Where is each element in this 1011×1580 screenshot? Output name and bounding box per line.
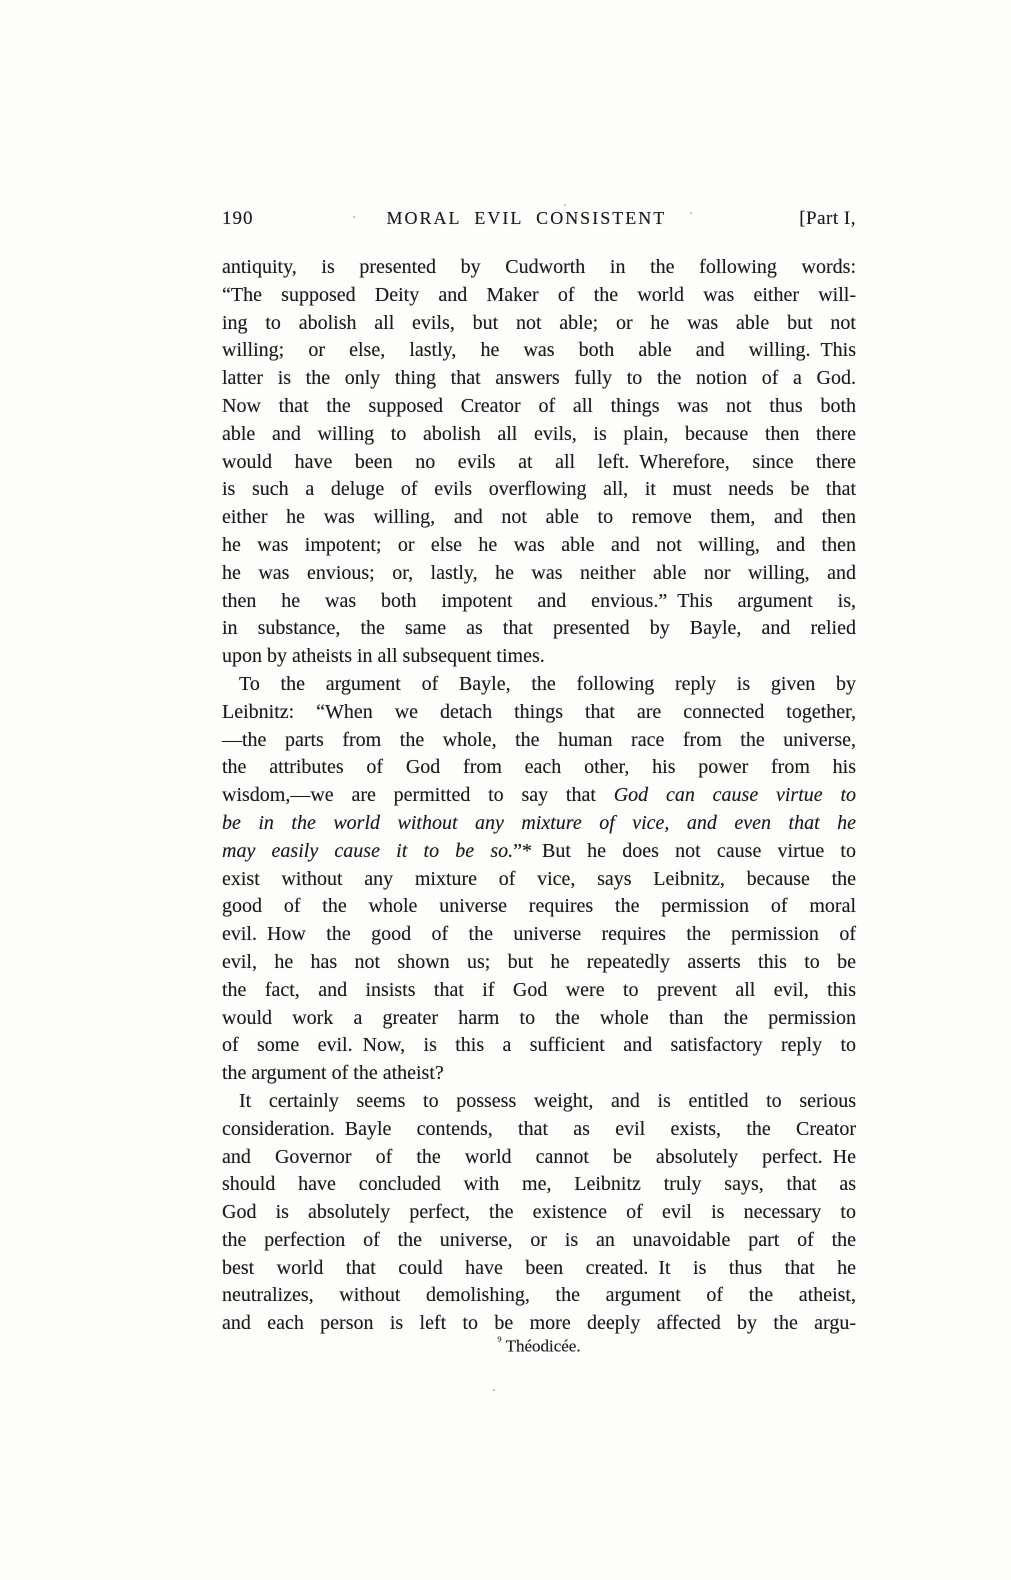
text-line: Now that the supposed Creator of all thi…	[222, 393, 856, 421]
book-page: 190 MORAL EVIL CONSISTENT [Part I, antiq…	[0, 0, 1011, 1580]
paragraph: antiquity, is presented by Cudworth in t…	[222, 254, 856, 671]
text-line: upon by atheists in all subsequent times…	[222, 643, 856, 671]
text-line: either he was willing, and not able to r…	[222, 504, 856, 532]
text-line: would work a greater harm to the whole t…	[222, 1005, 856, 1033]
text-line: ing to abolish all evils, but not able; …	[222, 310, 856, 338]
text-line: then he was both impotent and envious.” …	[222, 588, 856, 616]
text-line: evil. How the good of the universe requi…	[222, 921, 856, 949]
text-line: “The supposed Deity and Maker of the wor…	[222, 282, 856, 310]
page-body-text: antiquity, is presented by Cudworth in t…	[222, 254, 856, 1338]
text-line: he was impotent; or else he was able and…	[222, 532, 856, 560]
text-line: willing; or else, lastly, he was both ab…	[222, 337, 856, 365]
text-line: be in the world without any mixture of v…	[222, 810, 856, 838]
page-number: 190	[222, 208, 254, 230]
text-line: wisdom,—we are permitted to say that God…	[222, 782, 856, 810]
text-line: is such a deluge of evils overflowing al…	[222, 476, 856, 504]
paragraph: To the argument of Bayle, the following …	[222, 671, 856, 1088]
paragraph: It certainly seems to possess weight, an…	[222, 1088, 856, 1338]
text-line: he was envious; or, lastly, he was neith…	[222, 560, 856, 588]
text-line: the argument of the atheist?	[222, 1060, 856, 1088]
text-line: the attributes of God from each other, h…	[222, 754, 856, 782]
running-header: 190 MORAL EVIL CONSISTENT [Part I,	[222, 208, 856, 230]
text-line: neutralizes, without demolishing, the ar…	[222, 1282, 856, 1310]
text-line: may easily cause it to be so.”* But he d…	[222, 838, 856, 866]
text-line: God is absolutely perfect, the existence…	[222, 1199, 856, 1227]
text-line: latter is the only thing that answers fu…	[222, 365, 856, 393]
footnote-marker: ⁹	[497, 1334, 501, 1348]
text-line: able and willing to abolish all evils, i…	[222, 421, 856, 449]
text-line: —the parts from the whole, the human rac…	[222, 727, 856, 755]
scan-speck	[353, 216, 355, 218]
text-line: good of the whole universe requires the …	[222, 893, 856, 921]
text-line: consideration. Bayle contends, that as e…	[222, 1116, 856, 1144]
text-line: and Governor of the world cannot be abso…	[222, 1144, 856, 1172]
text-line: the perfection of the universe, or is an…	[222, 1227, 856, 1255]
text-line: best world that could have been created.…	[222, 1255, 856, 1283]
text-line: should have concluded with me, Leibnitz …	[222, 1171, 856, 1199]
footnote-text: Théodicée.	[506, 1337, 581, 1356]
text-line: would have been no evils at all left. Wh…	[222, 449, 856, 477]
text-line: evil, he has not shown us; but he repeat…	[222, 949, 856, 977]
text-line: To the argument of Bayle, the following …	[222, 671, 856, 699]
text-line: antiquity, is presented by Cudworth in t…	[222, 254, 856, 282]
text-line: Leibnitz: “When we detach things that ar…	[222, 699, 856, 727]
running-head-title: MORAL EVIL CONSISTENT	[254, 208, 800, 229]
part-label: [Part I,	[799, 208, 856, 230]
text-line: the fact, and insists that if God were t…	[222, 977, 856, 1005]
text-line: in substance, the same as that presented…	[222, 615, 856, 643]
text-line: exist without any mixture of vice, says …	[222, 866, 856, 894]
scan-speck	[690, 212, 692, 214]
text-line: of some evil. Now, is this a sufficient …	[222, 1032, 856, 1060]
scan-speck	[564, 204, 566, 206]
scan-speck	[493, 1389, 495, 1391]
footnote: ⁹Théodicée.	[222, 1334, 856, 1357]
text-line: It certainly seems to possess weight, an…	[222, 1088, 856, 1116]
